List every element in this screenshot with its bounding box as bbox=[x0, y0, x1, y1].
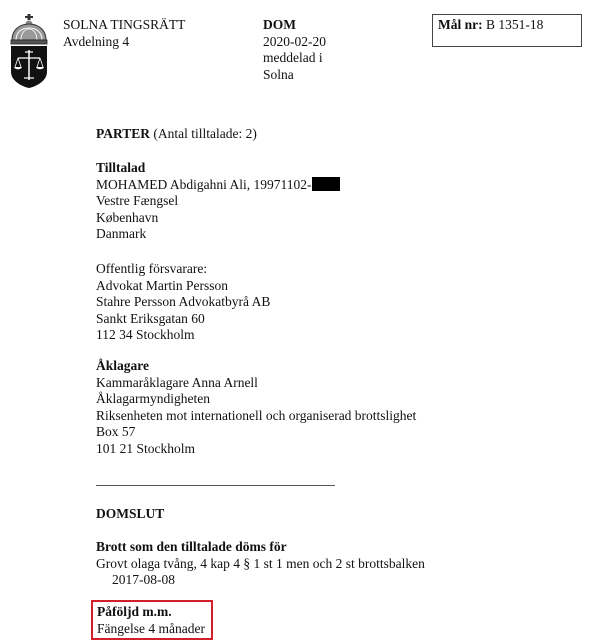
court-header: SOLNA TINGSRÄTT Avdelning 4 bbox=[63, 17, 185, 50]
defendant-section: Tilltalad MOHAMED Abdigahni Ali, 1997110… bbox=[96, 160, 340, 243]
offense-date: 2017-08-08 bbox=[96, 572, 425, 589]
defense-counsel-label: Offentlig försvarare: bbox=[96, 261, 270, 278]
parties-heading: PARTER (Antal tilltalade: 2) bbox=[96, 126, 257, 143]
prosecutor-line: Kammaråklagare Anna Arnell bbox=[96, 375, 416, 392]
judgment-date: 2020-02-20 bbox=[263, 34, 326, 51]
defendant-address-line: Vestre Fængsel bbox=[96, 193, 340, 210]
defense-counsel-line: Sankt Eriksgatan 60 bbox=[96, 311, 270, 328]
prosecutor-section: Åklagare Kammaråklagare Anna Arnell Åkla… bbox=[96, 358, 416, 457]
parties-count: (Antal tilltalade: 2) bbox=[153, 126, 256, 141]
case-number-box: Mål nr: B 1351-18 bbox=[432, 14, 582, 47]
section-divider bbox=[96, 485, 335, 486]
issued-place: Solna bbox=[263, 67, 326, 84]
court-name: SOLNA TINGSRÄTT bbox=[63, 17, 185, 34]
defense-counsel-line: Stahre Persson Advokatbyrå AB bbox=[96, 294, 270, 311]
case-number: B 1351-18 bbox=[486, 17, 543, 32]
sentence-heading: Påföljd m.m. bbox=[97, 604, 211, 621]
case-number-label: Mål nr: bbox=[438, 17, 483, 32]
verdict-heading: DOMSLUT bbox=[96, 506, 164, 523]
defense-counsel-line: Advokat Martin Persson bbox=[96, 278, 270, 295]
prosecutor-line: Åklagarmyndigheten bbox=[96, 391, 416, 408]
defendant-name-id: MOHAMED Abdigahni Ali, 19971102- bbox=[96, 177, 340, 194]
prosecutor-heading: Åklagare bbox=[96, 358, 416, 375]
defense-counsel-line: 112 34 Stockholm bbox=[96, 327, 270, 344]
offense-heading: Brott som den tilltalade döms för bbox=[96, 539, 425, 556]
prosecutor-line: Box 57 bbox=[96, 424, 416, 441]
issued-label: meddelad i bbox=[263, 50, 326, 67]
parties-title: PARTER bbox=[96, 126, 150, 141]
prosecutor-line: 101 21 Stockholm bbox=[96, 441, 416, 458]
court-division: Avdelning 4 bbox=[63, 34, 185, 51]
court-coat-of-arms-icon bbox=[8, 14, 50, 88]
defendant-address-line: Danmark bbox=[96, 226, 340, 243]
sentence-value: Fängelse 4 månader bbox=[97, 621, 211, 638]
defendant-name: MOHAMED Abdigahni Ali, 19971102- bbox=[96, 177, 312, 192]
document-type: DOM bbox=[263, 17, 326, 34]
sentence-highlight-box: Påföljd m.m. Fängelse 4 månader bbox=[91, 600, 213, 640]
verdict-title: DOMSLUT bbox=[96, 506, 164, 523]
offense-section: Brott som den tilltalade döms för Grovt … bbox=[96, 539, 425, 589]
defendant-heading: Tilltalad bbox=[96, 160, 340, 177]
prosecutor-line: Riksenheten mot internationell och organ… bbox=[96, 408, 416, 425]
judgment-info: DOM 2020-02-20 meddelad i Solna bbox=[263, 17, 326, 83]
defense-counsel-section: Offentlig försvarare: Advokat Martin Per… bbox=[96, 261, 270, 344]
defendant-address-line: København bbox=[96, 210, 340, 227]
redacted-block bbox=[312, 177, 340, 191]
offense-description: Grovt olaga tvång, 4 kap 4 § 1 st 1 men … bbox=[96, 556, 425, 573]
